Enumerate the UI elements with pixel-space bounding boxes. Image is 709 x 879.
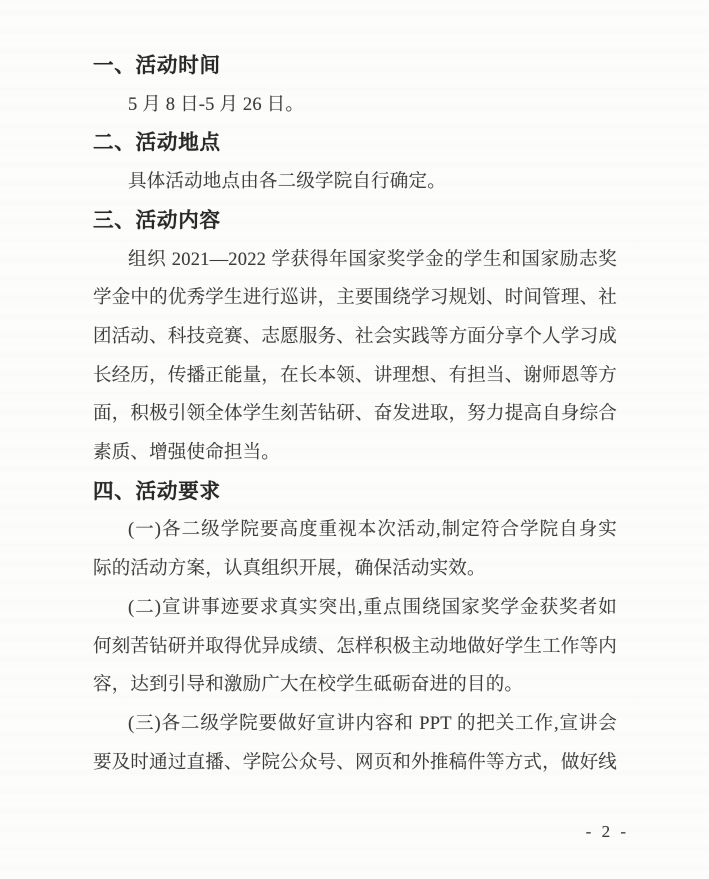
document-line: 素质、增强使命担当。 (93, 434, 617, 473)
section-heading-activity-time: 一、活动时间 (93, 47, 617, 86)
document-line-requirement-3: (三)各二级学院要做好宣讲内容和 PPT 的把关工作,宣讲会 (93, 705, 617, 744)
document-line-requirement-1: (一)各二级学院要高度重视本次活动,制定符合学院自身实 (93, 511, 617, 550)
document-line: 际的活动方案，认真组织开展，确保活动实效。 (93, 550, 617, 589)
document-line: 面，积极引领全体学生刻苦钻研、奋发进取，努力提高自身综合 (93, 395, 617, 434)
document-line-requirement-2: (二)宣讲事迹要求真实突出,重点围绕国家奖学金获奖者如 (93, 589, 617, 628)
section-heading-activity-content: 三、活动内容 (93, 202, 617, 241)
document-line: 团活动、科技竞赛、志愿服务、社会实践等方面分享个人学习成 (93, 318, 617, 357)
section-heading-activity-place: 二、活动地点 (93, 124, 617, 163)
document-page: 一、活动时间 5 月 8 日-5 月 26 日。 二、活动地点 具体活动地点由各… (0, 0, 709, 879)
document-line: 长经历，传播正能量，在长本领、讲理想、有担当、谢师恩等方 (93, 357, 617, 396)
section-heading-activity-requirements: 四、活动要求 (93, 473, 617, 512)
document-line: 学金中的优秀学生进行巡讲，主要围绕学习规划、时间管理、社 (93, 279, 617, 318)
document-line: 组织 2021—2022 学获得年国家奖学金的学生和国家励志奖 (93, 241, 617, 280)
document-line: 要及时通过直播、学院公众号、网页和外推稿件等方式，做好线 (93, 744, 617, 783)
document-line-place: 具体活动地点由各二级学院自行确定。 (93, 163, 617, 202)
document-line: 何刻苦钻研并取得优异成绩、怎样积极主动地做好学生工作等内 (93, 628, 617, 667)
page-number: - 2 - (586, 822, 629, 842)
document-line-date-range: 5 月 8 日-5 月 26 日。 (93, 86, 617, 125)
document-body: 一、活动时间 5 月 8 日-5 月 26 日。 二、活动地点 具体活动地点由各… (93, 47, 617, 782)
document-line: 容，达到引导和激励广大在校学生砥砺奋进的目的。 (93, 666, 617, 705)
